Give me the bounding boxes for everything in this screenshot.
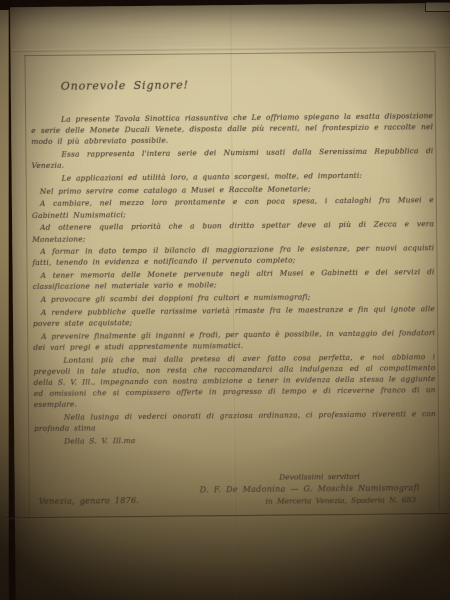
valediction: Della S. V. Ill.ma xyxy=(64,432,436,447)
letter-list-item: A tener memoria delle Monete pervenute n… xyxy=(33,266,435,292)
letter-paragraph: Lontani più che mai dalla pretesa di ave… xyxy=(33,351,436,411)
signature-names: D. F. De Madonina — G. Moschis Numismogr… xyxy=(165,483,450,495)
fold-crease-bottom xyxy=(5,513,450,519)
ruled-frame-left xyxy=(24,55,29,517)
signature-address: in Merceria Venezia, Spaderia N. 683 xyxy=(233,495,449,506)
letter-list-item: A cambiare, nel mezzo loro prontamente e… xyxy=(32,195,434,221)
letter-list-item: Ad ottenere quella priorità che a buon d… xyxy=(32,219,434,245)
background-object-corner xyxy=(425,2,450,12)
letter-list-item: A prevenire finalmente gli inganni e fro… xyxy=(33,327,435,353)
letter-body: Onorevole Signore! La presente Tavola Si… xyxy=(31,75,437,447)
dateline: Venezia, genaro 1876. xyxy=(39,496,189,506)
salutation: Onorevole Signore! xyxy=(61,75,433,94)
letter-list-item: A rendere pubbliche quelle rarissime var… xyxy=(33,303,435,329)
letter-sheet: Onorevole Signore! La presente Tavola Si… xyxy=(10,3,450,600)
letter-paragraph: Essa rappresenta l'intera serie dei Numi… xyxy=(31,145,433,171)
signature-label: Devotissimi servitori xyxy=(215,471,425,482)
letter-paragraph: Nella lusinga di vederci onorati di graz… xyxy=(34,408,436,434)
letter-list-item: A formar in dato tempo il bilancio di ma… xyxy=(32,242,434,268)
photo-background: Onorevole Signore! La presente Tavola Si… xyxy=(0,0,450,600)
letter-paragraph: La presente Tavola Sinottica riassuntiva… xyxy=(31,110,433,147)
